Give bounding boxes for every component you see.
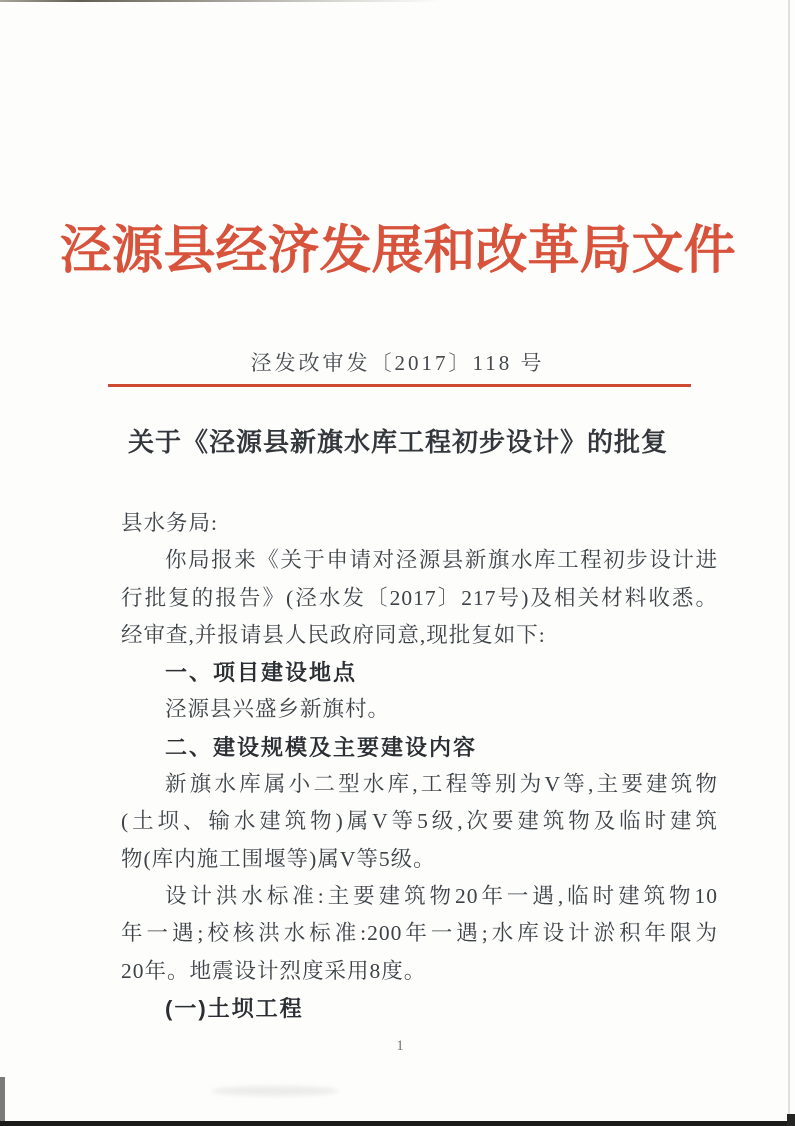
body-line: (一)土坝工程 [121,990,718,1027]
body-line: 20年。地震设计烈度采用8度。 [121,953,718,990]
body-line: 物(库内施工围堰等)属V等5级。 [121,841,718,878]
scanned-document-page: 泾源县经济发展和改革局文件 泾发改审发〔2017〕118 号 关于《泾源县新旗水… [0,0,795,1126]
scan-artifact-smudge [212,1086,338,1096]
scan-artifact-left-strip [0,1077,5,1126]
scan-artifact-corner-mark [787,1114,795,1126]
body-line: 你局报来《关于申请对泾源县新旗水库工程初步设计进 [121,542,718,579]
body-line: 泾源县兴盛乡新旗村。 [121,691,718,728]
body-line: 县水务局: [121,505,718,542]
body-text: 县水务局:你局报来《关于申请对泾源县新旗水库工程初步设计进行批复的报告》(泾水发… [121,505,718,1027]
body-line: 二、建设规模及主要建设内容 [121,729,718,766]
scan-artifact-bottom-edge [0,1121,795,1126]
scan-artifact-right-edge [788,0,790,1126]
body-line: 经审查,并报请县人民政府同意,现批复如下: [121,617,718,654]
body-line: 设计洪水标准:主要建筑物20年一遇,临时建筑物10 [121,878,718,915]
page-number: 1 [0,1038,795,1055]
document-title: 关于《泾源县新旗水库工程初步设计》的批复 [58,422,738,459]
body-line: 一、项目建设地点 [121,654,718,691]
document-number: 泾发改审发〔2017〕118 号 [0,347,795,377]
body-line: 新旗水库属小二型水库,工程等别为V等,主要建筑物 [121,766,718,803]
scan-artifact-top-edge [0,0,440,2]
body-line: 行批复的报告》(泾水发〔2017〕217号)及相关材料收悉。 [121,580,718,617]
agency-letterhead-title: 泾源县经济发展和改革局文件 [0,213,795,291]
red-separator-line [108,384,691,387]
body-line: 年一遇;校核洪水标准:200年一遇;水库设计淤积年限为 [121,915,718,952]
body-line: (土坝、输水建筑物)属V等5级,次要建筑物及临时建筑 [121,803,718,840]
